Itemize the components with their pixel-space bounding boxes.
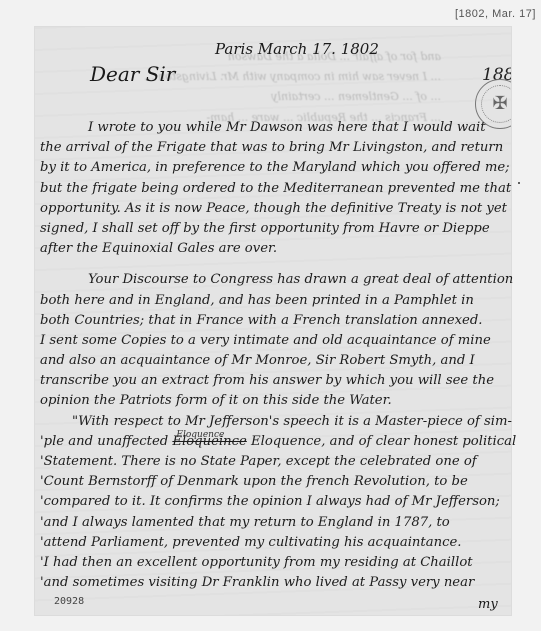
archive-date-note: [1802, Mar. 17]: [455, 8, 536, 20]
letter-line: I sent some Copies to a very intimate an…: [40, 331, 502, 351]
letter-body: I wrote to you while Mr Dawson was here …: [40, 118, 502, 593]
letter-line: both here and in England, and has been p…: [40, 291, 502, 311]
catchword: my: [478, 597, 498, 612]
letter-line: by it to America, in preference to the M…: [40, 158, 502, 178]
letter-line: I wrote to you while Mr Dawson was here …: [40, 118, 502, 138]
document-number: 20928: [54, 596, 84, 607]
bleed-through-text: and for of affair ... Dolla a the Dawson…: [55, 47, 441, 128]
quote-line: 'and sometimes visiting Dr Franklin who …: [40, 573, 502, 593]
letter-line: transcribe you an extract from his answe…: [40, 371, 502, 391]
letter-dateline: Paris March 17. 1802: [215, 40, 379, 58]
quote-line: 'and I always lamented that my return to…: [40, 513, 502, 533]
letter-line: signed, I shall set off by the first opp…: [40, 219, 502, 239]
margin-mark: [518, 182, 520, 184]
quote-line: 'I had then an excellent opportunity fro…: [40, 553, 502, 573]
quote-line-with-correction: 'ple and unaffected EloquenceEloqueince …: [40, 432, 502, 452]
quote-line: 'compared to it. It confirms the opinion…: [40, 492, 502, 512]
letter-line: but the frigate being ordered to the Med…: [40, 179, 502, 199]
paragraph-gap: [40, 259, 502, 270]
struck-word: EloquenceEloqueince: [172, 434, 246, 449]
interlinear-correction: Eloquence: [176, 425, 224, 445]
letter-line: after the Equinoxial Gales are over.: [40, 239, 502, 259]
letter-line: Your Discourse to Congress has drawn a g…: [40, 270, 502, 290]
letter-line: both Countries; that in France with a Fr…: [40, 311, 502, 331]
letter-line: opportunity. As it is now Peace, though …: [40, 199, 502, 219]
quote-line: 'attend Parliament, prevented my cultiva…: [40, 533, 502, 553]
letter-line: and also an acquaintance of Mr Monroe, S…: [40, 351, 502, 371]
letter-line: the arrival of the Frigate that was to b…: [40, 138, 502, 158]
letter-salutation: Dear Sir: [90, 62, 175, 86]
quote-line: 'Count Bernstorff of Denmark upon the fr…: [40, 472, 502, 492]
quote-line: "With respect to Mr Jefferson's speech i…: [40, 412, 502, 432]
quote-line: 'Statement. There is no State Paper, exc…: [40, 452, 502, 472]
eagle-seal-icon: ✠: [492, 95, 507, 113]
letter-line: opinion the Patriots form of it on this …: [40, 391, 502, 411]
